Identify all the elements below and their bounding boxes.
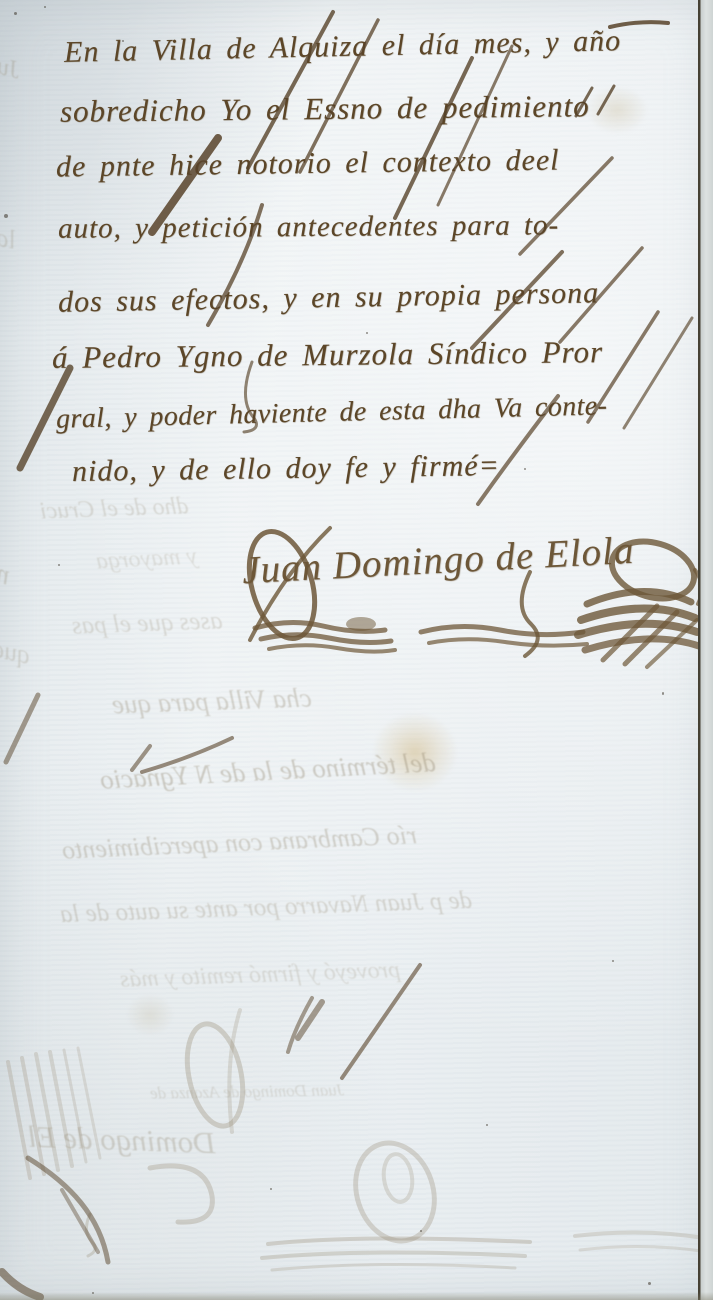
signature: Juan Domingo de Elola <box>241 528 635 593</box>
bleed-through-margin-fragment: lagu <box>0 218 18 256</box>
bleed-through-line: proveyó y firmó remito y más <box>120 957 401 994</box>
bleed-through-line: del término de la de N Ygnacio <box>99 747 436 796</box>
manuscript-page: dho de el Cruci y mayorga ases que el pa… <box>0 0 713 1300</box>
bleed-through-margin-fragment: quea <box>0 631 33 671</box>
paper-stain <box>126 994 174 1036</box>
manuscript-line: auto, y petición antecedentes para to- <box>58 209 559 245</box>
bleed-through-line: Juan Domingo de Azanza de <box>150 1080 345 1103</box>
manuscript-line: dos sus efectos, y en su propia persona <box>58 276 600 319</box>
paper-stain <box>586 86 648 134</box>
manuscript-line: sobredicho Yo el Essno de pedimiento <box>60 88 590 130</box>
manuscript-line: gral, y poder haviente de esta dha Va co… <box>56 390 608 435</box>
bleed-through-signature: Domingo de El <box>27 1119 216 1162</box>
bleed-through-flourishes <box>0 0 713 1300</box>
manuscript-line: á Pedro Ygno de Murzola Síndico Pror <box>52 334 603 376</box>
bleed-through-margin-fragment: Juan <box>0 47 23 86</box>
bleed-through-line: río Cambrana con apercibimiento <box>62 820 418 865</box>
bleed-through-line: y mayorga <box>95 543 197 575</box>
bleed-through-margin-fragment: ma <box>0 551 14 592</box>
cancellation-strokes <box>0 0 713 1300</box>
manuscript-line: de pnte hice notorio el contexto deel <box>56 143 560 184</box>
manuscript-line: En la Villa de Alquiza el día mes, y año <box>64 24 622 70</box>
page-edge-right <box>698 0 713 1300</box>
bleed-through-line: cha Villa para que <box>112 683 313 721</box>
manuscript-line: nido, y de ello doy fe y firmé= <box>72 449 500 489</box>
bleed-through-line: dho de el Cruci <box>40 493 189 525</box>
bleed-through-line: de p Juan Navarro por ante su auto de la <box>60 887 473 929</box>
bleed-through-line: ases que el pas <box>72 607 224 640</box>
page-edge-bottom <box>0 1292 713 1300</box>
